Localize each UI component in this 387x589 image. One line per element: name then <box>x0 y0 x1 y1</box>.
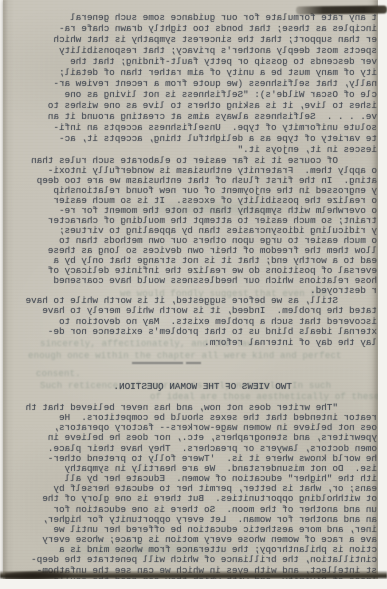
mirrored-text-layer: t any rate formulate for our guidance so… <box>0 0 387 589</box>
typewritten-line: ishes to live, it is asking others to li… <box>48 100 377 111</box>
typewritten-line: ve. . . . Selfishness always aims at cre… <box>48 111 377 122</box>
section-heading: TWO VIEWS OF THE WOMAN QUESTION. <box>113 381 292 392</box>
typewritten-paragraph-2: Of course it is far easier to elaborate … <box>31 156 377 296</box>
typewritten-line: nally, that selfishness (we quote from a… <box>48 78 377 89</box>
typewritten-line: inciples as these; that bonds too tightl… <box>48 23 377 34</box>
typewritten-line: spects most deeply another's privacy; th… <box>48 45 377 56</box>
paper-left-edge-shadow <box>3 0 8 581</box>
scanned-document-page: we would fondly suggest that even thesin… <box>0 0 387 589</box>
typewritten-paragraph-1: t any rate formulate for our guidance so… <box>48 12 377 155</box>
typewritten-line: lay the day of internal reform. <box>26 338 377 348</box>
typewritten-line: cintillation, the brilliance of which wi… <box>26 555 377 565</box>
scan-artifact-top-right <box>296 6 387 15</box>
typewritten-line: te variety of type as a delightful thing… <box>48 133 377 144</box>
typewritten-paragraph-3: Still, as we before suggested, it is wor… <box>26 296 377 348</box>
scanner-background-right <box>378 0 387 589</box>
typewritten-line: iesces in it, enjoys it." <box>48 144 377 155</box>
typewritten-line: solute uniformity of type. Unselfishness… <box>48 122 377 133</box>
typewritten-line: ver descends to gossip or petty fault-fi… <box>48 56 377 67</box>
typewritten-line: er than support; that the sincerest symp… <box>48 34 377 45</box>
typewritten-line: ity of many must be a unity of aim rathe… <box>48 67 377 78</box>
typewritten-paragraph-4: "The writer does not now, and has never … <box>26 403 377 586</box>
typewritten-line: cle of Oscar Wilde's): "Selfishness is n… <box>48 89 377 100</box>
scanner-background-bottom <box>0 579 387 589</box>
